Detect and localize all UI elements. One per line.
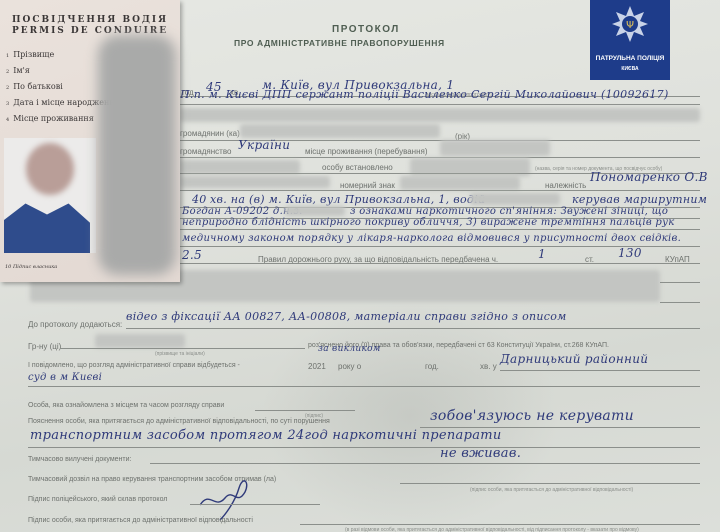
protocol-subtitle: ПРО АДМІНІСТРАТИВНЕ ПРАВОПОРУШЕННЯ xyxy=(234,38,445,48)
court-value: Дарницький районний xyxy=(500,352,648,366)
explanation-line1: зобов'язуюсь не керувати xyxy=(430,408,634,424)
protocol-title: ПРОТОКОЛ xyxy=(332,24,400,35)
owner-value: Пономаренко О.В xyxy=(590,170,708,184)
driver-license-card: ПОСВІДЧЕННЯ ВОДІЯ PERMIS DE CONDUIRE 1Пр… xyxy=(0,0,180,282)
logo-line1: ПАТРУЛЬНА ПОЛІЦІЯ xyxy=(590,55,670,62)
attached-value: відео з фіксації АА 00827, АА-00808, мат… xyxy=(126,310,567,323)
svg-text:Ψ: Ψ xyxy=(626,20,634,31)
patrol-police-logo: Ψ ПАТРУЛЬНА ПОЛІЦІЯ КИЄВА xyxy=(590,0,670,80)
officer-value: П.п. м. Києві ДПП сержант поліції Василе… xyxy=(180,88,669,101)
explanation-line2: транспортним засобом протягом 24год нарк… xyxy=(30,428,502,443)
redacted-area xyxy=(98,35,176,275)
police-star-icon: Ψ xyxy=(610,4,650,44)
citizenship-value: України xyxy=(238,138,290,152)
logo-line2: КИЄВА xyxy=(590,66,670,72)
license-title-ua: ПОСВІДЧЕННЯ ВОДІЯ xyxy=(12,15,168,25)
